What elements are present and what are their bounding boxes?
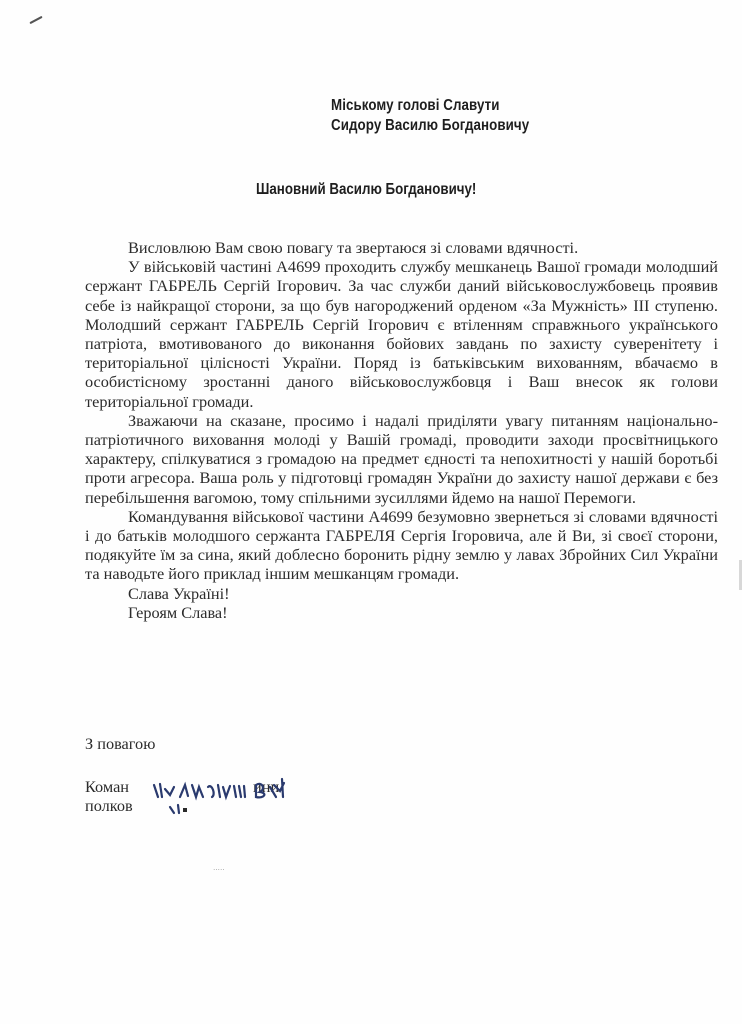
signature-rank: полков bbox=[85, 796, 133, 815]
scan-artifact: ····· bbox=[213, 866, 225, 874]
paragraph-1: Висловлюю Вам свою повагу та звертаюся з… bbox=[85, 238, 718, 257]
addressee-line-2: Сидору Василю Богдановичу bbox=[331, 116, 529, 136]
scanned-letter-page: Міському голові Славути Сидору Василю Бо… bbox=[0, 0, 742, 1024]
greeting: Шановний Василю Богдановичу! bbox=[256, 181, 476, 199]
addressee-block: Міському голові Славути Сидору Василю Бо… bbox=[331, 96, 529, 136]
closing-phrase: З повагою bbox=[85, 734, 155, 754]
signature-title-start: Коман bbox=[85, 777, 129, 796]
staple-mark-icon bbox=[29, 16, 42, 24]
slogan-2: Героям Слава! bbox=[85, 603, 718, 622]
paragraph-3: Зважаючи на сказане, просимо і надалі пр… bbox=[85, 411, 718, 507]
addressee-line-1: Міському голові Славути bbox=[331, 96, 529, 116]
paragraph-2: У військовій частині А4699 проходить слу… bbox=[85, 257, 718, 411]
paragraph-4: Командування військової частини А4699 бе… bbox=[85, 507, 718, 584]
signature-scribble-icon bbox=[152, 775, 302, 815]
letter-body: Висловлюю Вам свою повагу та звертаюся з… bbox=[85, 238, 718, 622]
slogan-1: Слава Україні! bbox=[85, 584, 718, 603]
